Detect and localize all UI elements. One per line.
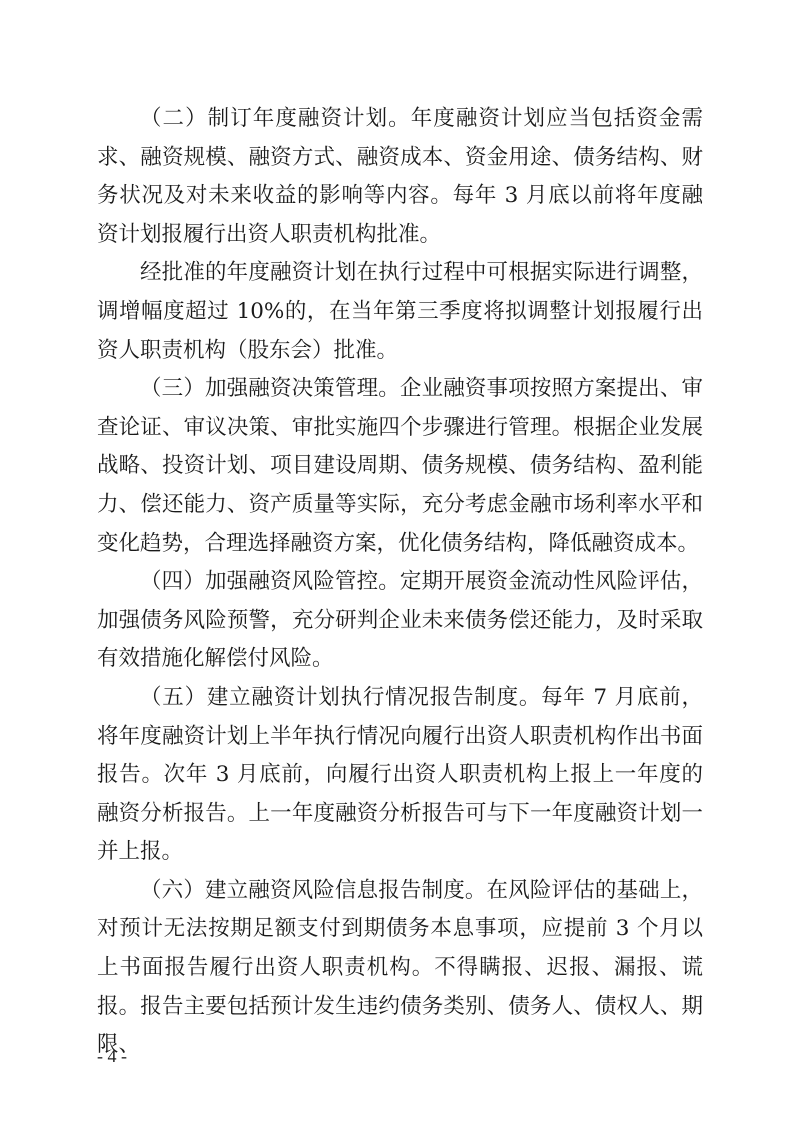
paragraph-risk-info-report: （六）建立融资风险信息报告制度。在风险评估的基础上，对预计无法按期足额支付到期债… [97, 872, 703, 1065]
paragraph-annual-financing-plan: （二）制订年度融资计划。年度融资计划应当包括资金需求、融资规模、融资方式、融资成… [97, 100, 703, 254]
paragraph-risk-control: （四）加强融资风险管控。定期开展资金流动性风险评估，加强债务风险预警，充分研判企… [97, 563, 703, 679]
page-number: - 4 - [97, 1046, 127, 1067]
paragraph-plan-adjustment: 经批准的年度融资计划在执行过程中可根据实际进行调整，调增幅度超过 10%的，在当… [97, 254, 703, 370]
paragraph-execution-report: （五）建立融资计划执行情况报告制度。每年 7 月底前，将年度融资计划上半年执行情… [97, 679, 703, 872]
paragraph-financing-decision: （三）加强融资决策管理。企业融资事项按照方案提出、审查论证、审议决策、审批实施四… [97, 370, 703, 563]
document-body: （二）制订年度融资计划。年度融资计划应当包括资金需求、融资规模、融资方式、融资成… [97, 100, 703, 1065]
document-page: （二）制订年度融资计划。年度融资计划应当包括资金需求、融资规模、融资方式、融资成… [0, 0, 800, 1131]
